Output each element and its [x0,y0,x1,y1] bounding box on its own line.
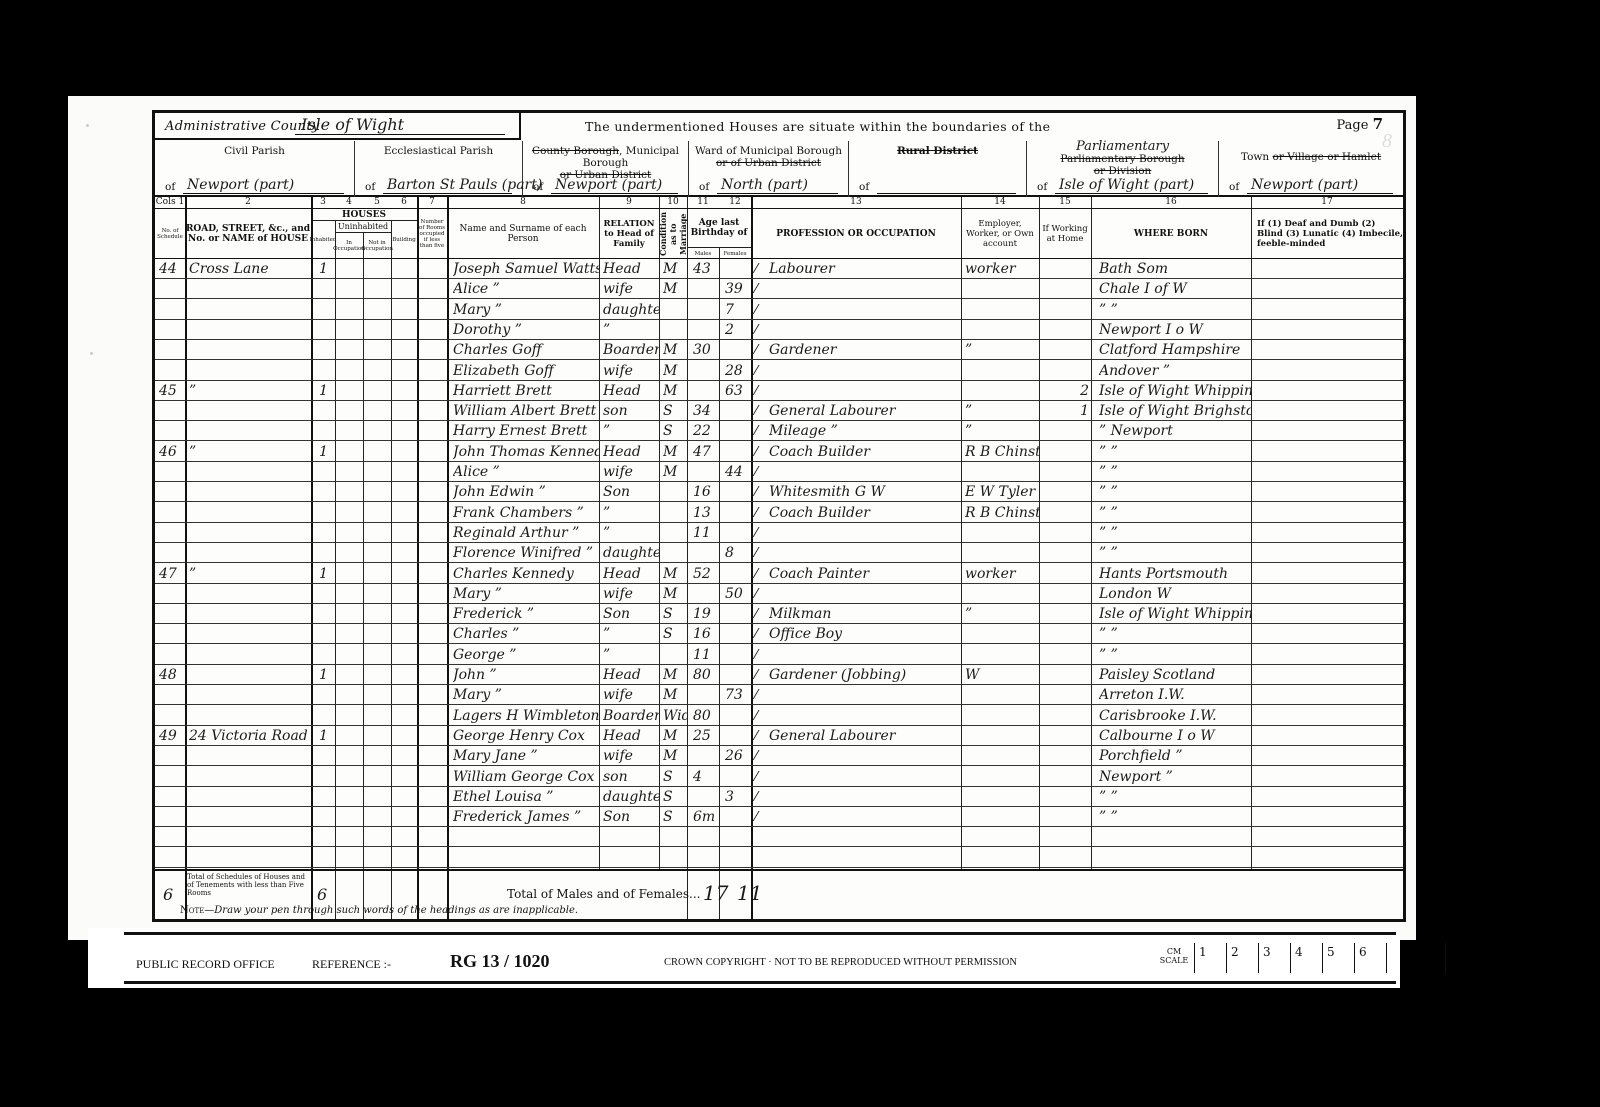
relation: wife [603,362,659,381]
male-age: 22 [693,422,719,441]
where-born: ” ” [1099,504,1251,523]
inhabited [319,625,335,644]
cm-scale-label: CM SCALE [1154,943,1194,973]
relation: Head [603,382,659,401]
working-at-home [1041,504,1089,523]
table-row: Mary Jane ”wifeM26Porchfield ”⁄ [155,746,1403,766]
working-at-home [1041,362,1089,381]
address: 24 Victoria Road [189,727,309,746]
inhabited [319,280,335,299]
rural-district-value [877,193,1016,194]
relation: son [603,768,659,787]
checkmark-icon: ⁄ [755,443,767,462]
working-at-home [1041,768,1089,787]
male-age: 16 [693,625,719,644]
inhabited [319,605,335,624]
person-name: William George Cox [453,768,599,787]
female-age [725,443,751,462]
occupation [769,686,959,705]
note: Note—Draw your pen through such words of… [180,905,578,916]
occupation [769,301,959,320]
male-age: 11 [693,524,719,543]
where-born: Paisley Scotland [1099,666,1251,685]
relation: daughter [603,788,659,807]
inhabited: 1 [319,565,335,584]
col-num-1: Cols 1 [155,197,185,207]
address [189,788,309,807]
col-num-4: 4 [335,197,363,207]
condition: S [663,402,687,421]
census-form: Administrative County Isle of Wight The … [152,110,1406,922]
male-age [693,585,719,604]
male-age [693,788,719,807]
where-born: ” ” [1099,808,1251,827]
relation: wife [603,686,659,705]
female-age: 73 [725,686,751,705]
inhabited [319,768,335,787]
employer-worker [965,301,1039,320]
inhabited: 1 [319,260,335,279]
occupation [769,646,959,665]
female-age [725,666,751,685]
person-name: Mary ” [453,585,599,604]
condition: S [663,605,687,624]
condition: M [663,666,687,685]
table-row: Frederick James ”SonS6m” ”⁄ [155,807,1403,827]
relation: Head [603,443,659,462]
person-name: Dorothy ” [453,321,599,340]
footer-reference: RG 13 / 1020 [450,951,550,972]
employer-worker [965,280,1039,299]
male-age: 13 [693,504,719,523]
occupation: Gardener [769,341,959,360]
condition: S [663,788,687,807]
person-name: Harriett Brett [453,382,599,401]
employer-worker [965,625,1039,644]
condition [663,301,687,320]
where-born: Calbourne I o W [1099,727,1251,746]
occupation [769,585,959,604]
schedule-number [159,768,185,787]
occupation [769,524,959,543]
occupation [769,544,959,563]
working-at-home [1041,280,1089,299]
civil-parish: Civil Parish of Newport (part) [155,141,355,197]
col-num-8: 8 [447,197,599,207]
schedule-number: 47 [159,565,185,584]
table-row: George ””11” ”⁄ [155,645,1403,665]
person-name: Harry Ernest Brett [453,422,599,441]
table-row: 45”1Harriett BrettHeadM632Isle of Wight … [155,381,1403,401]
schedule-number [159,646,185,665]
area-headers: Civil Parish of Newport (part) Ecclesias… [155,141,1403,197]
relation: ” [603,321,659,340]
inhabited [319,808,335,827]
employer-worker [965,768,1039,787]
schedule-number [159,483,185,502]
condition [663,524,687,543]
schedule-number [159,544,185,563]
schedule-number [159,524,185,543]
person-name: Mary Jane ” [453,747,599,766]
cm-scale-end [1386,943,1446,973]
address: Cross Lane [189,260,309,279]
civil-parish-label: Civil Parish [155,145,354,157]
address [189,280,309,299]
occupation [769,788,959,807]
condition: M [663,362,687,381]
address [189,402,309,421]
employer-worker [965,747,1039,766]
checkmark-icon: ⁄ [755,382,767,401]
working-at-home [1041,422,1089,441]
where-born: Clatford Hampshire [1099,341,1251,360]
schedule-number [159,422,185,441]
female-age [725,565,751,584]
occupation [769,362,959,381]
total-schedules: 6 [163,885,173,904]
header-houses: HOUSES [311,209,417,221]
table-row: Elizabeth GoffwifeM28Andover ”⁄ [155,361,1403,381]
checkmark-icon: ⁄ [755,605,767,624]
condition: S [663,808,687,827]
occupation: Coach Builder [769,504,959,523]
table-row: 481John ”HeadM80Gardener (Jobbing)WPaisl… [155,665,1403,685]
male-age: 6m [693,808,719,827]
employer-worker: worker [965,260,1039,279]
inhabited [319,788,335,807]
checkmark-icon: ⁄ [755,666,767,685]
checkmark-icon: ⁄ [755,402,767,421]
person-name: Reginald Arthur ” [453,524,599,543]
town-value: Newport (part) [1247,177,1393,194]
checkmark-icon: ⁄ [755,727,767,746]
employer-worker: worker [965,565,1039,584]
header-uninhabited: Uninhabited [335,221,391,233]
female-age: 2 [725,321,751,340]
schedule-number [159,605,185,624]
ward-value: North (part) [717,177,838,194]
male-age: 47 [693,443,719,462]
male-age: 34 [693,402,719,421]
employer-worker [965,707,1039,726]
male-age: 30 [693,341,719,360]
occupation: General Labourer [769,402,959,421]
header-employer: Employer, Worker, or Own account [961,209,1039,259]
header-not-in-occupation: Not in Occupation [363,233,391,259]
civil-parish-value: Newport (part) [183,177,344,194]
employer-worker [965,544,1039,563]
address [189,747,309,766]
address [189,605,309,624]
checkmark-icon: ⁄ [755,422,767,441]
occupation: Coach Builder [769,443,959,462]
header-relation: RELATION to Head of Family [599,209,659,259]
where-born: ” ” [1099,788,1251,807]
condition: S [663,625,687,644]
table-row: Dorothy ””2Newport I o W⁄ [155,320,1403,340]
employer-worker: R B Chinston [965,504,1039,523]
working-at-home [1041,544,1089,563]
working-at-home [1041,585,1089,604]
male-age [693,686,719,705]
occupation [769,463,959,482]
relation: Son [603,483,659,502]
ecclesiastical-parish-label: Ecclesiastical Parish [355,145,522,157]
schedule-number [159,585,185,604]
schedule-number: 49 [159,727,185,746]
where-born: Bath Som [1099,260,1251,279]
schedule-number: 46 [159,443,185,462]
condition: Widr [663,707,687,726]
male-age: 43 [693,260,719,279]
relation: Head [603,260,659,279]
male-age: 25 [693,727,719,746]
where-born: ” ” [1099,463,1251,482]
occupation [769,382,959,401]
where-born: Carisbrooke I.W. [1099,707,1251,726]
working-at-home [1041,443,1089,462]
checkmark-icon: ⁄ [755,625,767,644]
male-age [693,362,719,381]
inhabited [319,524,335,543]
table-row: Alice ”wifeM44” ”⁄ [155,462,1403,482]
address [189,585,309,604]
occupation: Whitesmith G W [769,483,959,502]
table-row: Frederick ”SonS19Milkman”Isle of Wight W… [155,604,1403,624]
relation: ” [603,646,659,665]
where-born: ” ” [1099,443,1251,462]
where-born: ” ” [1099,301,1251,320]
occupation: Coach Painter [769,565,959,584]
schedule-number [159,463,185,482]
inhabited [319,686,335,705]
relation: wife [603,747,659,766]
where-born: Andover ” [1099,362,1251,381]
relation: son [603,402,659,421]
occupation: Gardener (Jobbing) [769,666,959,685]
male-age [693,463,719,482]
table-row: Mary ”daughter7” ”⁄ [155,300,1403,320]
male-age [693,301,719,320]
ward-label: Ward of Municipal Boroughor of Urban Dis… [689,145,848,169]
inhabited [319,707,335,726]
person-name: Elizabeth Goff [453,362,599,381]
male-age [693,747,719,766]
working-at-home [1041,625,1089,644]
inhabited [319,544,335,563]
table-row: John Edwin ”Son16Whitesmith G WE W Tyler… [155,482,1403,502]
male-age [693,280,719,299]
person-name: Charles Goff [453,341,599,360]
header-occupation: PROFESSION OR OCCUPATION [751,209,961,259]
schedule-number [159,402,185,421]
employer-worker: ” [965,605,1039,624]
female-age: 63 [725,382,751,401]
male-age [693,544,719,563]
col-num-17: 17 [1251,197,1403,207]
working-at-home [1041,260,1089,279]
address [189,483,309,502]
schedule-number [159,504,185,523]
schedule-number [159,341,185,360]
address [189,463,309,482]
column-numbers: Cols 1 2 3 4 5 6 7 8 9 10 11 12 13 14 15… [155,197,1403,209]
checkmark-icon: ⁄ [755,504,767,523]
female-age: 44 [725,463,751,482]
condition [663,504,687,523]
female-age [725,402,751,421]
working-at-home [1041,747,1089,766]
condition: M [663,382,687,401]
header-road-street: ROAD, STREET, &c., and No. or NAME of HO… [185,209,311,259]
municipal-borough: County Borough, Municipal Boroughor Urba… [523,141,689,197]
address [189,808,309,827]
table-row: Mary ”wifeM73Arreton I.W.⁄ [155,685,1403,705]
employer-worker: E W Tyler [965,483,1039,502]
female-age [725,260,751,279]
occupation: Mileage ” [769,422,959,441]
where-born: ” ” [1099,544,1251,563]
where-born: ” ” [1099,524,1251,543]
header-age: Age last Birthday of [687,209,751,247]
person-name: Mary ” [453,301,599,320]
schedule-number [159,321,185,340]
address [189,422,309,441]
condition: M [663,565,687,584]
table-row: Charles GoffBoarderM30Gardener”Clatford … [155,340,1403,360]
working-at-home [1041,341,1089,360]
relation: ” [603,524,659,543]
checkmark-icon: ⁄ [755,260,767,279]
relation: ” [603,422,659,441]
relation: Head [603,666,659,685]
header-inhabited: Inhabited [311,221,335,259]
checkmark-icon: ⁄ [755,808,767,827]
cm-scale-3: 3 [1258,943,1290,973]
person-name: Frederick ” [453,605,599,624]
checkmark-icon: ⁄ [755,585,767,604]
person-name: Alice ” [453,280,599,299]
column-headers: No. of Schedule ROAD, STREET, &c., and N… [155,209,1403,259]
header-working-home: If Working at Home [1039,209,1091,259]
employer-worker: ” [965,341,1039,360]
working-at-home [1041,301,1089,320]
table-row: William George CoxsonS4Newport ”⁄ [155,767,1403,787]
inhabited: 1 [319,727,335,746]
footer-office: PUBLIC RECORD OFFICE [136,957,275,972]
col-num-14: 14 [961,197,1039,207]
schedule-number [159,686,185,705]
schedule-number [159,625,185,644]
employer-worker [965,463,1039,482]
header-males: Males [687,247,719,259]
header-name: Name and Surname of each Person [447,209,599,259]
working-at-home [1041,788,1089,807]
address [189,341,309,360]
working-at-home [1041,646,1089,665]
relation: wife [603,280,659,299]
address [189,504,309,523]
where-born: Isle of Wight Whippingham [1099,605,1251,624]
table-row: Florence Winifred ”daughter8” ”⁄ [155,543,1403,563]
table-row: Ethel Louisa ”daughterS3” ”⁄ [155,787,1403,807]
cm-scale-6: 6 [1354,943,1386,973]
working-at-home: 2 [1041,382,1089,401]
schedule-number [159,362,185,381]
female-age [725,646,751,665]
footer-reference-label: REFERENCE :- [312,957,391,972]
schedule-number: 48 [159,666,185,685]
employer-worker [965,585,1039,604]
total-description: Total of Schedules of Houses and of Tene… [187,873,305,897]
inhabited [319,341,335,360]
address [189,301,309,320]
col-num-16: 16 [1091,197,1251,207]
col-num-10: 10 [659,197,687,207]
checkmark-icon: ⁄ [755,301,767,320]
table-row: Mary ”wifeM50London W⁄ [155,584,1403,604]
condition: M [663,585,687,604]
inhabited: 1 [319,666,335,685]
parliamentary-value: Isle of Wight (part) [1055,177,1208,194]
condition [663,483,687,502]
condition: M [663,443,687,462]
male-age [693,382,719,401]
checkmark-icon: ⁄ [755,483,767,502]
where-born: Arreton I.W. [1099,686,1251,705]
address [189,768,309,787]
working-at-home [1041,808,1089,827]
municipal-borough-label: County Borough, Municipal Boroughor Urba… [523,145,688,181]
female-age: 50 [725,585,751,604]
male-age: 4 [693,768,719,787]
total-females: 11 [737,881,762,905]
female-age: 8 [725,544,751,563]
female-age: 3 [725,788,751,807]
admin-county-value: Isle of Wight [295,115,505,135]
occupation [769,747,959,766]
table-row: 46”1John Thomas KennedyHeadM47Coach Buil… [155,442,1403,462]
header-schedule: No. of Schedule [155,209,185,259]
condition: M [663,341,687,360]
col-num-11: 11 [687,197,719,207]
header-in-occupation: In Occupation [335,233,363,259]
person-name: William Albert Brett [453,402,599,421]
where-born: Hants Portsmouth [1099,565,1251,584]
where-born: Newport I o W [1099,321,1251,340]
female-age [725,808,751,827]
checkmark-icon: ⁄ [755,565,767,584]
schedule-number [159,280,185,299]
town: Town or Village or Hamlet of Newport (pa… [1219,141,1403,197]
working-at-home [1041,707,1089,726]
person-name: John ” [453,666,599,685]
where-born: London W [1099,585,1251,604]
ecclesiastical-parish: Ecclesiastical Parish of Barton St Pauls… [355,141,523,197]
checkmark-icon: ⁄ [755,463,767,482]
checkmark-icon: ⁄ [755,707,767,726]
female-age: 26 [725,747,751,766]
working-at-home [1041,524,1089,543]
town-label: Town or Village or Hamlet [1219,151,1403,163]
schedule-number [159,707,185,726]
archive-footer: PUBLIC RECORD OFFICE REFERENCE :- RG 13 … [88,928,1400,988]
checkmark-icon: ⁄ [755,362,767,381]
page-number: Page 7 [1336,115,1383,133]
schedule-number [159,301,185,320]
table-row: William Albert BrettsonS34General Labour… [155,401,1403,421]
